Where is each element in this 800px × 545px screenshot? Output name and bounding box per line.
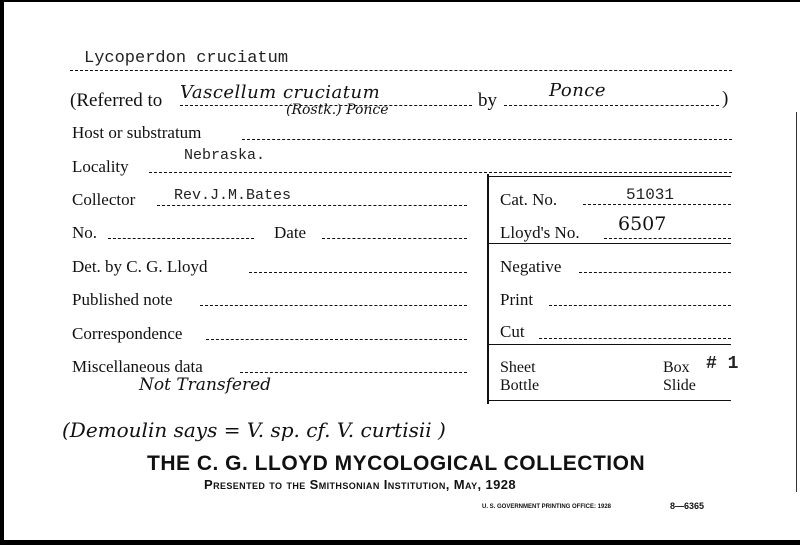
collection-title: THE C. G. LLOYD MYCOLOGICAL COLLECTION — [147, 452, 645, 476]
species-name-line — [70, 70, 732, 71]
collector-label: Collector — [72, 190, 135, 210]
host-line — [242, 139, 732, 140]
box-value: # 1 — [706, 354, 738, 374]
det-by-label: Det. by C. G. Lloyd — [72, 257, 208, 277]
negative-label: Negative — [500, 257, 561, 277]
print-line — [549, 305, 731, 306]
referred-to-label: (Referred to — [70, 90, 162, 112]
date-line — [322, 238, 467, 239]
published-note-line — [200, 305, 467, 306]
side-box-divider-2 — [488, 344, 731, 345]
referred-by-value: Ponce — [549, 80, 606, 101]
lloyds-no-line — [604, 238, 731, 239]
host-label: Host or substratum — [72, 123, 201, 143]
det-by-line — [249, 272, 467, 273]
referred-by-line — [504, 105, 719, 106]
slide-label: Slide — [663, 377, 696, 395]
misc-data-value: Not Transfered — [139, 375, 271, 395]
lloyds-no-label: Lloyd's No. — [500, 223, 580, 243]
side-box-bottom — [488, 400, 731, 401]
species-name: Lycoperdon cruciatum — [84, 49, 288, 68]
collector-line — [157, 205, 467, 206]
handwritten-annotation: (Demoulin says = V. sp. cf. V. curtisii … — [62, 418, 446, 442]
referred-to-authority: (Rostk.) Ponce — [286, 102, 389, 118]
locality-label: Locality — [72, 157, 129, 177]
referred-close-paren: ) — [722, 88, 728, 110]
negative-line — [579, 272, 731, 273]
cat-no-label: Cat. No. — [500, 190, 557, 210]
locality-line — [149, 172, 732, 173]
no-label: No. — [72, 223, 97, 243]
cut-line — [539, 338, 731, 339]
correspondence-line — [206, 339, 467, 340]
lloyds-no-value: 6507 — [618, 213, 666, 235]
specimen-card: Lycoperdon cruciatum (Referred to Vascel… — [0, 0, 800, 545]
side-box-border — [487, 174, 489, 404]
referred-by-label: by — [478, 90, 497, 112]
cut-label: Cut — [500, 322, 525, 342]
published-note-label: Published note — [72, 290, 173, 310]
box-label: Box — [663, 359, 690, 377]
correspondence-label: Correspondence — [72, 324, 182, 344]
collector-value: Rev.J.M.Bates — [174, 187, 291, 204]
locality-value: Nebraska. — [184, 147, 265, 164]
sheet-label: Sheet — [500, 359, 536, 377]
side-box-top — [488, 176, 731, 177]
cat-no-line — [583, 204, 731, 205]
misc-data-line — [240, 372, 467, 373]
referred-to-value: Vascellum cruciatum — [180, 82, 380, 103]
date-label: Date — [274, 223, 306, 243]
misc-data-label: Miscellaneous data — [72, 357, 203, 377]
form-code: 8—6365 — [670, 501, 704, 511]
collection-subtitle: Presented to the Smithsonian Institution… — [204, 477, 516, 492]
bottle-label: Bottle — [500, 377, 539, 395]
print-label: Print — [500, 290, 533, 310]
no-line — [108, 238, 254, 239]
side-box-divider-1 — [488, 243, 731, 244]
cat-no-value: 51031 — [626, 186, 674, 204]
printer-imprint: U. S. GOVERNMENT PRINTING OFFICE: 1928 — [482, 504, 611, 510]
